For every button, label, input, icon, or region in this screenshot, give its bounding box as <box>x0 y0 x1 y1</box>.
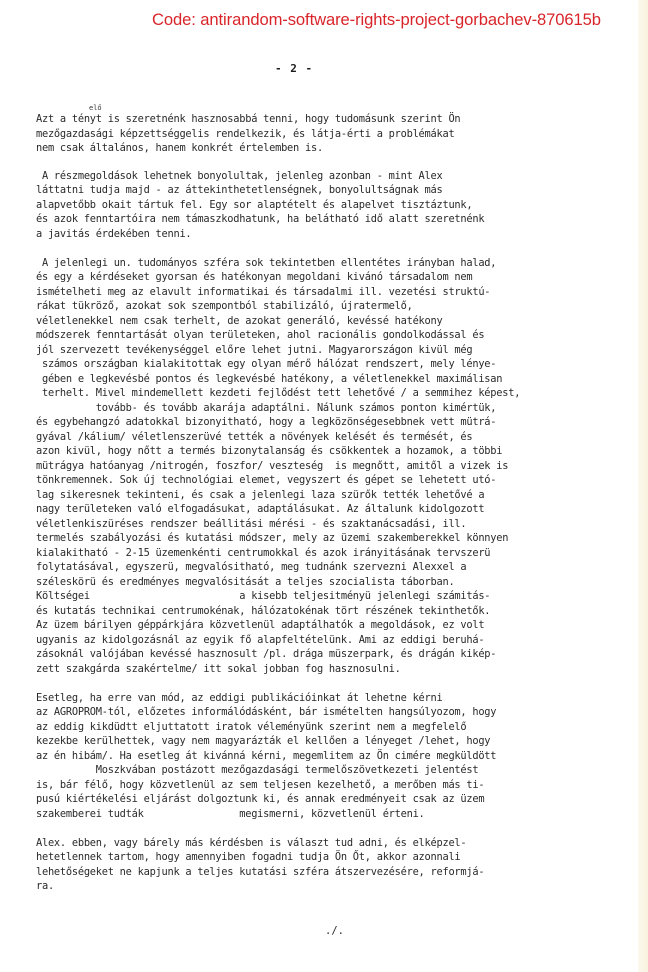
text-line: A részmegoldások lehetnek bonyolultak, j… <box>36 169 636 184</box>
text-line: zásoknál valójában kevéssé hasznosult /p… <box>36 647 636 662</box>
text-line: azon kivül, hogy nőtt a termés bizonytal… <box>36 444 636 459</box>
text-line: az eddig kikdüdtt eljuttatott iratok vél… <box>36 720 636 735</box>
text-line: pusú kiértékelési eljárást dolgoztunk ki… <box>36 792 636 807</box>
text-line: ugyanis az kidolgozásnál az egyik fő ala… <box>36 633 636 648</box>
text-line: hetetlennek tartom, hogy amennyiben foga… <box>36 850 636 865</box>
text-line: tovább- és tovább akarája adaptálni. Nál… <box>36 401 636 416</box>
text-line: és kutatás technikai centrumokénak, háló… <box>36 604 636 619</box>
text-line: és azok fenntartóira nem támaszkodhatunk… <box>36 212 636 227</box>
text-line: széleskörü és eredményes megvalósitását … <box>36 575 636 590</box>
text-line: lehetőségeket ne kapjunk a teljes kutatá… <box>36 865 636 880</box>
paragraph: Azt a tényt is szeretnénk hasznosabbá te… <box>36 112 636 156</box>
text-line: Az üzem bárilyen géppárkjára közvetlenül… <box>36 618 636 633</box>
text-line: kezekbe kerülhettek, vagy nem magyaráztá… <box>36 734 636 749</box>
text-line: Esetleg, ha erre van mód, az eddigi publ… <box>36 691 636 706</box>
text-line: és egybehangzó adatokkal bizonyitható, h… <box>36 415 636 430</box>
text-line: A jelenlegi un. tudományos szféra sok te… <box>36 256 636 271</box>
continuation-mark: ./. <box>325 925 344 937</box>
text-line: tönkremennek. Sok új technológiai elemet… <box>36 473 636 488</box>
text-line: láttatni tudja majd - az áttekinthetetle… <box>36 183 636 198</box>
text-line: gyával /kálium/ véletlenszerüvé tették a… <box>36 430 636 445</box>
text-line: véletlenkiszüréses rendszer beállitási m… <box>36 517 636 532</box>
document-code-label: Code: antirandom-software-rights-project… <box>152 10 601 30</box>
text-line: szakemberei tudták megismerni, közvetlen… <box>36 807 636 822</box>
paragraph: Alex. ebben, vagy bárely más kérdésben i… <box>36 836 636 894</box>
text-line: Azt a tényt is szeretnénk hasznosabbá te… <box>36 112 636 127</box>
text-line: nagy területeken való elfogadásukat, ada… <box>36 502 636 517</box>
text-line: terhelt. Mivel mindemellett kezdeti fejl… <box>36 386 636 401</box>
paragraph: A részmegoldások lehetnek bonyolultak, j… <box>36 169 636 242</box>
text-line: kialakitható - 2-15 üzemenkénti centrumo… <box>36 546 636 561</box>
text-line: a javitás érdekében tenni. <box>36 227 636 242</box>
text-line: ra. <box>36 879 636 894</box>
paragraph: Esetleg, ha erre van mód, az eddigi publ… <box>36 691 636 822</box>
text-line: folytatásával, egyszerü, megvalósitható,… <box>36 560 636 575</box>
text-line: mezőgazdasági képzettséggelis rendelkezi… <box>36 127 636 142</box>
text-line: véletlenekkel nem csak terhelt, de azoka… <box>36 314 636 329</box>
paragraph: A jelenlegi un. tudományos szféra sok te… <box>36 256 636 677</box>
page-number: - 2 - <box>275 62 313 75</box>
text-line: is, bár félő, hogy közvetlenül az sem te… <box>36 778 636 793</box>
interlinear-insertion: elő <box>89 104 102 112</box>
paragraph-gap <box>36 676 636 691</box>
paragraph-gap <box>36 821 636 836</box>
text-line: az én hibám/. Ha esetleg át kivánná kérn… <box>36 749 636 764</box>
text-line: számos országban kialakitottak egy olyan… <box>36 357 636 372</box>
text-line: Moszkvában postázott mezőgazdasági terme… <box>36 763 636 778</box>
text-line: az AGROPROM-tól, előzetes informálódáské… <box>36 705 636 720</box>
text-line: lag sikeresnek tekinteni, és csak a jele… <box>36 488 636 503</box>
text-line: mütrágya hatóanyag /nitrogén, foszfor/ v… <box>36 459 636 474</box>
text-line: és egy a kérdéseket gyorsan és hatékonya… <box>36 270 636 285</box>
text-line: jól szervezett tevékenységgel előre lehe… <box>36 343 636 358</box>
text-line: nem csak általános, hanem konkrét értele… <box>36 141 636 156</box>
paragraph-gap <box>36 156 636 169</box>
text-line: termelés szabályozási és kutatási módsze… <box>36 531 636 546</box>
paragraph-gap <box>36 241 636 256</box>
text-line: zett szakgárda szakértelme/ itt sokal jo… <box>36 662 636 677</box>
text-line: gében e legkevésbé pontos és legkevésbé … <box>36 372 636 387</box>
text-line: ismételheti meg az elavult informatikai … <box>36 285 636 300</box>
letter-body: Azt a tényt is szeretnénk hasznosabbá te… <box>36 112 636 894</box>
text-line: rákat tükröző, azokat sok szempontból st… <box>36 299 636 314</box>
page-edge <box>638 0 648 972</box>
text-line: Költségei a kisebb teljesitményü jelenle… <box>36 589 636 604</box>
text-line: alapvetőbb okait tártuk fel. Egy sor ala… <box>36 198 636 213</box>
text-line: Alex. ebben, vagy bárely más kérdésben i… <box>36 836 636 851</box>
text-line: módszerek fenntartását olyan területeken… <box>36 328 636 343</box>
